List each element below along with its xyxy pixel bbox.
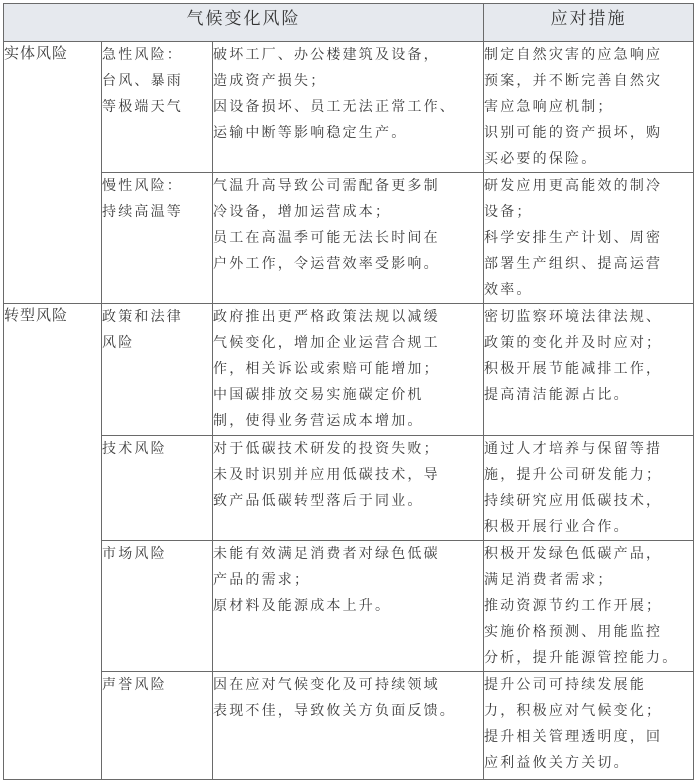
risk-description-cell: 未能有效满足消费者对绿色低碳 产品的需求； 原材料及能源成本上升。 xyxy=(213,541,484,672)
description-line: 破坏工厂、办公楼建筑及设备， xyxy=(213,42,483,68)
sub-risk-line: 急性风险： xyxy=(102,42,212,68)
sub-risk-line: 等极端天气 xyxy=(102,94,212,120)
response-line: 提升相关管理透明度，回 xyxy=(484,724,693,750)
climate-risk-table: 气候变化风险 应对措施 实体风险 急性风险： 台风、暴雨 等极端天气 破坏工厂、… xyxy=(3,3,694,780)
response-line: 力，积极应对气候变化； xyxy=(484,698,693,724)
response-line: 制定自然灾害的应急响应 xyxy=(484,42,693,68)
description-line: 因设备损坏、员工无法正常工作、 xyxy=(213,94,483,120)
sub-risk-line: 政策和法律 xyxy=(102,304,212,330)
response-line: 识别可能的资产损坏，购 xyxy=(484,120,693,146)
description-line: 因在应对气候变化及可持续领域 xyxy=(213,672,483,698)
risk-description-cell: 政府推出更严格政策法规以减缓 气候变化，增加企业运营合规工 作，相关诉讼或索赔可… xyxy=(213,304,484,436)
response-line: 害应急响应机制； xyxy=(484,94,693,120)
response-line: 分析，提升能源管控能力。 xyxy=(484,645,693,671)
response-line: 持续研究应用低碳技术， xyxy=(484,488,693,514)
sub-risk-line: 声誉风险 xyxy=(102,672,212,698)
sub-risk-line: 台风、暴雨 xyxy=(102,68,212,94)
category-physical-risk: 实体风险 xyxy=(4,42,102,304)
response-cell: 制定自然灾害的应急响应 预案，并不断完善自然灾 害应急响应机制； 识别可能的资产… xyxy=(484,42,694,173)
sub-risk-line: 持续高温等 xyxy=(102,199,212,225)
table-row: 市场风险 未能有效满足消费者对绿色低碳 产品的需求； 原材料及能源成本上升。 积… xyxy=(4,541,694,672)
risk-description-cell: 破坏工厂、办公楼建筑及设备， 造成资产损失； 因设备损坏、员工无法正常工作、 运… xyxy=(213,42,484,173)
response-line: 提高清洁能源占比。 xyxy=(484,382,693,408)
response-line: 密切监察环境法律法规、 xyxy=(484,304,693,330)
response-cell: 密切监察环境法律法规、 政策的变化并及时应对； 积极开展节能减排工作， 提高清洁… xyxy=(484,304,694,436)
sub-risk-cell: 声誉风险 xyxy=(102,672,213,780)
description-line: 未能有效满足消费者对绿色低碳 xyxy=(213,541,483,567)
description-line: 气温升高导致公司需配备更多制 xyxy=(213,173,483,199)
sub-risk-line: 慢性风险： xyxy=(102,173,212,199)
response-line: 提升公司可持续发展能 xyxy=(484,672,693,698)
response-line: 积极开发绿色低碳产品， xyxy=(484,541,693,567)
sub-risk-line: 市场风险 xyxy=(102,541,212,567)
description-line: 中国碳排放交易实施碳定价机 xyxy=(213,382,483,408)
response-line: 满足消费者需求； xyxy=(484,567,693,593)
response-line: 效率。 xyxy=(484,277,693,303)
header-response-measures: 应对措施 xyxy=(484,4,694,42)
response-cell: 通过人才培养与保留等措 施，提升公司研发能力； 持续研究应用低碳技术， 积极开展… xyxy=(484,436,694,541)
response-line: 通过人才培养与保留等措 xyxy=(484,436,693,462)
description-line: 员工在高温季可能无法长时间在 xyxy=(213,225,483,251)
response-line: 实施价格预测、用能监控 xyxy=(484,619,693,645)
response-cell: 积极开发绿色低碳产品， 满足消费者需求； 推动资源节约工作开展； 实施价格预测、… xyxy=(484,541,694,672)
response-line: 研发应用更高能效的制冷 xyxy=(484,173,693,199)
description-line: 表现不佳，导致攸关方负面反馈。 xyxy=(213,698,483,724)
description-line: 运输中断等影响稳定生产。 xyxy=(213,120,483,146)
response-line: 部署生产组织、提高运营 xyxy=(484,251,693,277)
response-line: 施，提升公司研发能力； xyxy=(484,462,693,488)
sub-risk-cell: 慢性风险： 持续高温等 xyxy=(102,173,213,304)
table-row: 声誉风险 因在应对气候变化及可持续领域 表现不佳，导致攸关方负面反馈。 提升公司… xyxy=(4,672,694,780)
table-row: 技术风险 对于低碳技术研发的投资失败； 未及时识别并应用低碳技术，导 致产品低碳… xyxy=(4,436,694,541)
description-line: 造成资产损失； xyxy=(213,68,483,94)
risk-description-cell: 因在应对气候变化及可持续领域 表现不佳，导致攸关方负面反馈。 xyxy=(213,672,484,780)
sub-risk-cell: 技术风险 xyxy=(102,436,213,541)
description-line: 对于低碳技术研发的投资失败； xyxy=(213,436,483,462)
response-cell: 研发应用更高能效的制冷 设备； 科学安排生产计划、周密 部署生产组织、提高运营 … xyxy=(484,173,694,304)
sub-risk-line: 技术风险 xyxy=(102,436,212,462)
description-line: 致产品低碳转型落后于同业。 xyxy=(213,488,483,514)
sub-risk-cell: 急性风险： 台风、暴雨 等极端天气 xyxy=(102,42,213,173)
table-header-row: 气候变化风险 应对措施 xyxy=(4,4,694,42)
table-row: 实体风险 急性风险： 台风、暴雨 等极端天气 破坏工厂、办公楼建筑及设备， 造成… xyxy=(4,42,694,173)
response-cell: 提升公司可持续发展能 力，积极应对气候变化； 提升相关管理透明度，回 应利益攸关… xyxy=(484,672,694,780)
response-line: 积极开展节能减排工作， xyxy=(484,356,693,382)
response-line: 政策的变化并及时应对； xyxy=(484,330,693,356)
header-climate-risk: 气候变化风险 xyxy=(4,4,484,42)
description-line: 冷设备，增加运营成本； xyxy=(213,199,483,225)
description-line: 政府推出更严格政策法规以减缓 xyxy=(213,304,483,330)
risk-description-cell: 气温升高导致公司需配备更多制 冷设备，增加运营成本； 员工在高温季可能无法长时间… xyxy=(213,173,484,304)
table-row: 慢性风险： 持续高温等 气温升高导致公司需配备更多制 冷设备，增加运营成本； 员… xyxy=(4,173,694,304)
response-line: 预案，并不断完善自然灾 xyxy=(484,68,693,94)
description-line: 产品的需求； xyxy=(213,567,483,593)
response-line: 推动资源节约工作开展； xyxy=(484,593,693,619)
response-line: 买必要的保险。 xyxy=(484,146,693,172)
description-line: 作，相关诉讼或索赔可能增加； xyxy=(213,356,483,382)
sub-risk-cell: 市场风险 xyxy=(102,541,213,672)
description-line: 原材料及能源成本上升。 xyxy=(213,593,483,619)
description-line: 户外工作，令运营效率受影响。 xyxy=(213,251,483,277)
response-line: 应利益攸关方关切。 xyxy=(484,750,693,776)
description-line: 未及时识别并应用低碳技术，导 xyxy=(213,462,483,488)
description-line: 制，使得业务营运成本增加。 xyxy=(213,408,483,434)
response-line: 设备； xyxy=(484,199,693,225)
sub-risk-cell: 政策和法律 风险 xyxy=(102,304,213,436)
sub-risk-line: 风险 xyxy=(102,330,212,356)
risk-description-cell: 对于低碳技术研发的投资失败； 未及时识别并应用低碳技术，导 致产品低碳转型落后于… xyxy=(213,436,484,541)
response-line: 积极开展行业合作。 xyxy=(484,514,693,540)
description-line: 气候变化，增加企业运营合规工 xyxy=(213,330,483,356)
table-row: 转型风险 政策和法律 风险 政府推出更严格政策法规以减缓 气候变化，增加企业运营… xyxy=(4,304,694,436)
category-transition-risk: 转型风险 xyxy=(4,304,102,780)
response-line: 科学安排生产计划、周密 xyxy=(484,225,693,251)
